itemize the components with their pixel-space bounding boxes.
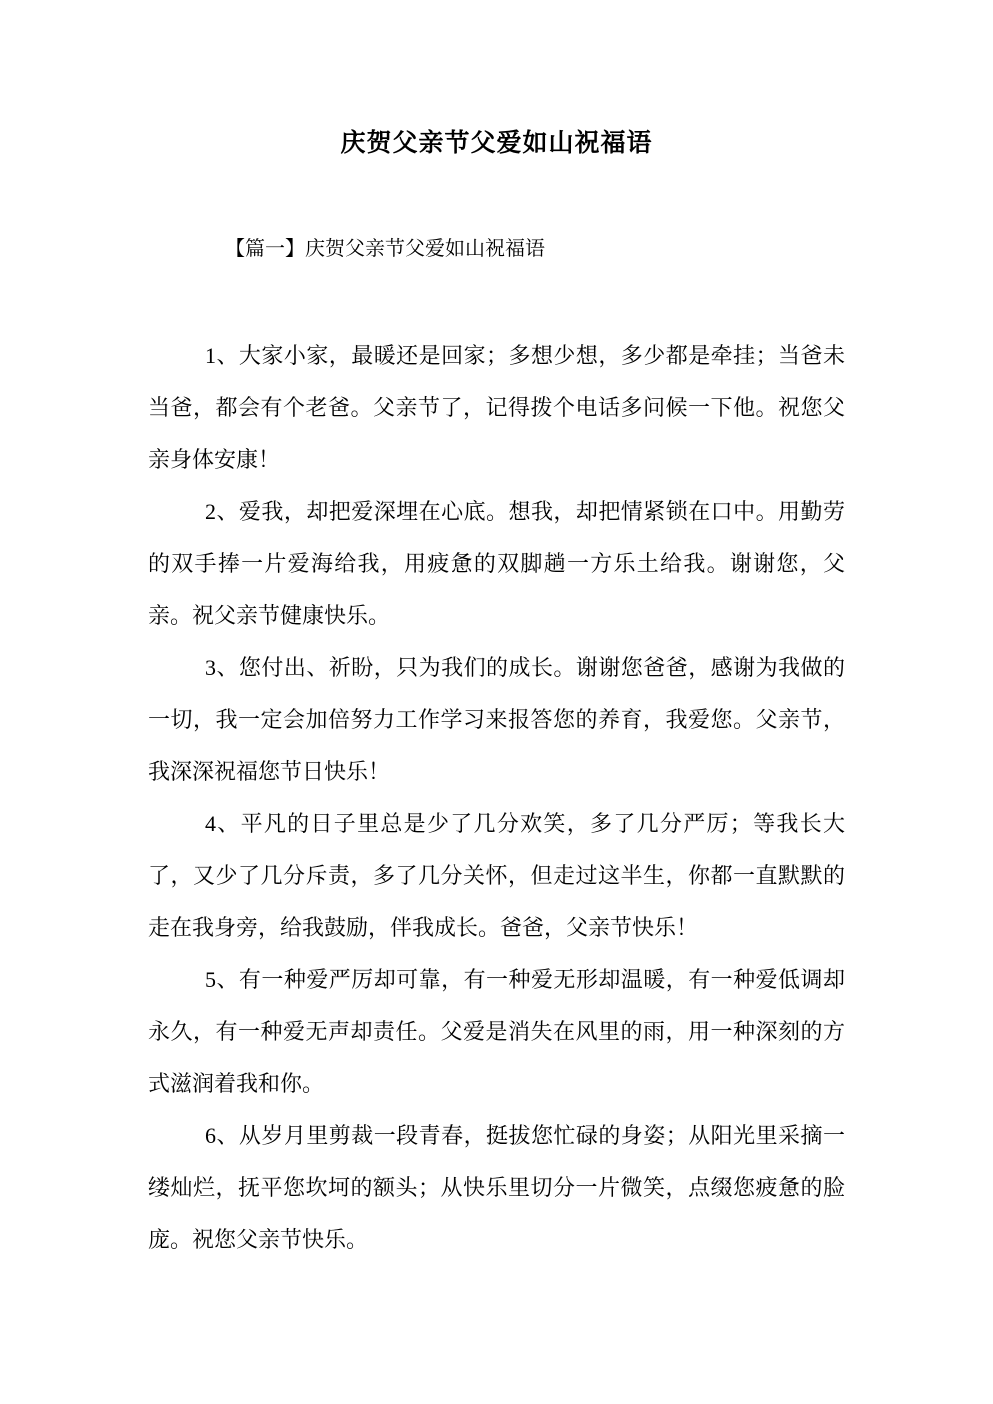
paragraph-3: 3、您付出、祈盼，只为我们的成长。谢谢您爸爸，感谢为我做的一切，我一定会加倍努力… bbox=[148, 642, 845, 798]
paragraph-5: 5、有一种爱严厉却可靠，有一种爱无形却温暖，有一种爱低调却永久，有一种爱无声却责… bbox=[148, 954, 845, 1110]
paragraph-1: 1、大家小家，最暖还是回家；多想少想，多少都是牵挂；当爸未当爸，都会有个老爸。父… bbox=[148, 330, 845, 486]
paragraph-4: 4、平凡的日子里总是少了几分欢笑，多了几分严厉；等我长大了，又少了几分斥责，多了… bbox=[148, 798, 845, 954]
document-title: 庆贺父亲节父爱如山祝福语 bbox=[0, 129, 993, 158]
paragraph-6: 6、从岁月里剪裁一段青春，挺拔您忙碌的身姿；从阳光里采摘一缕灿烂，抚平您坎坷的额… bbox=[148, 1110, 845, 1266]
document-body: 1、大家小家，最暖还是回家；多想少想，多少都是牵挂；当爸未当爸，都会有个老爸。父… bbox=[148, 330, 845, 1266]
paragraph-2: 2、爱我，却把爱深埋在心底。想我，却把情紧锁在口中。用勤劳的双手捧一片爱海给我，… bbox=[148, 486, 845, 642]
document-page: 庆贺父亲节父爱如山祝福语 【篇一】庆贺父亲节父爱如山祝福语 1、大家小家，最暖还… bbox=[0, 0, 993, 1404]
section-heading: 【篇一】庆贺父亲节父爱如山祝福语 bbox=[225, 238, 845, 260]
